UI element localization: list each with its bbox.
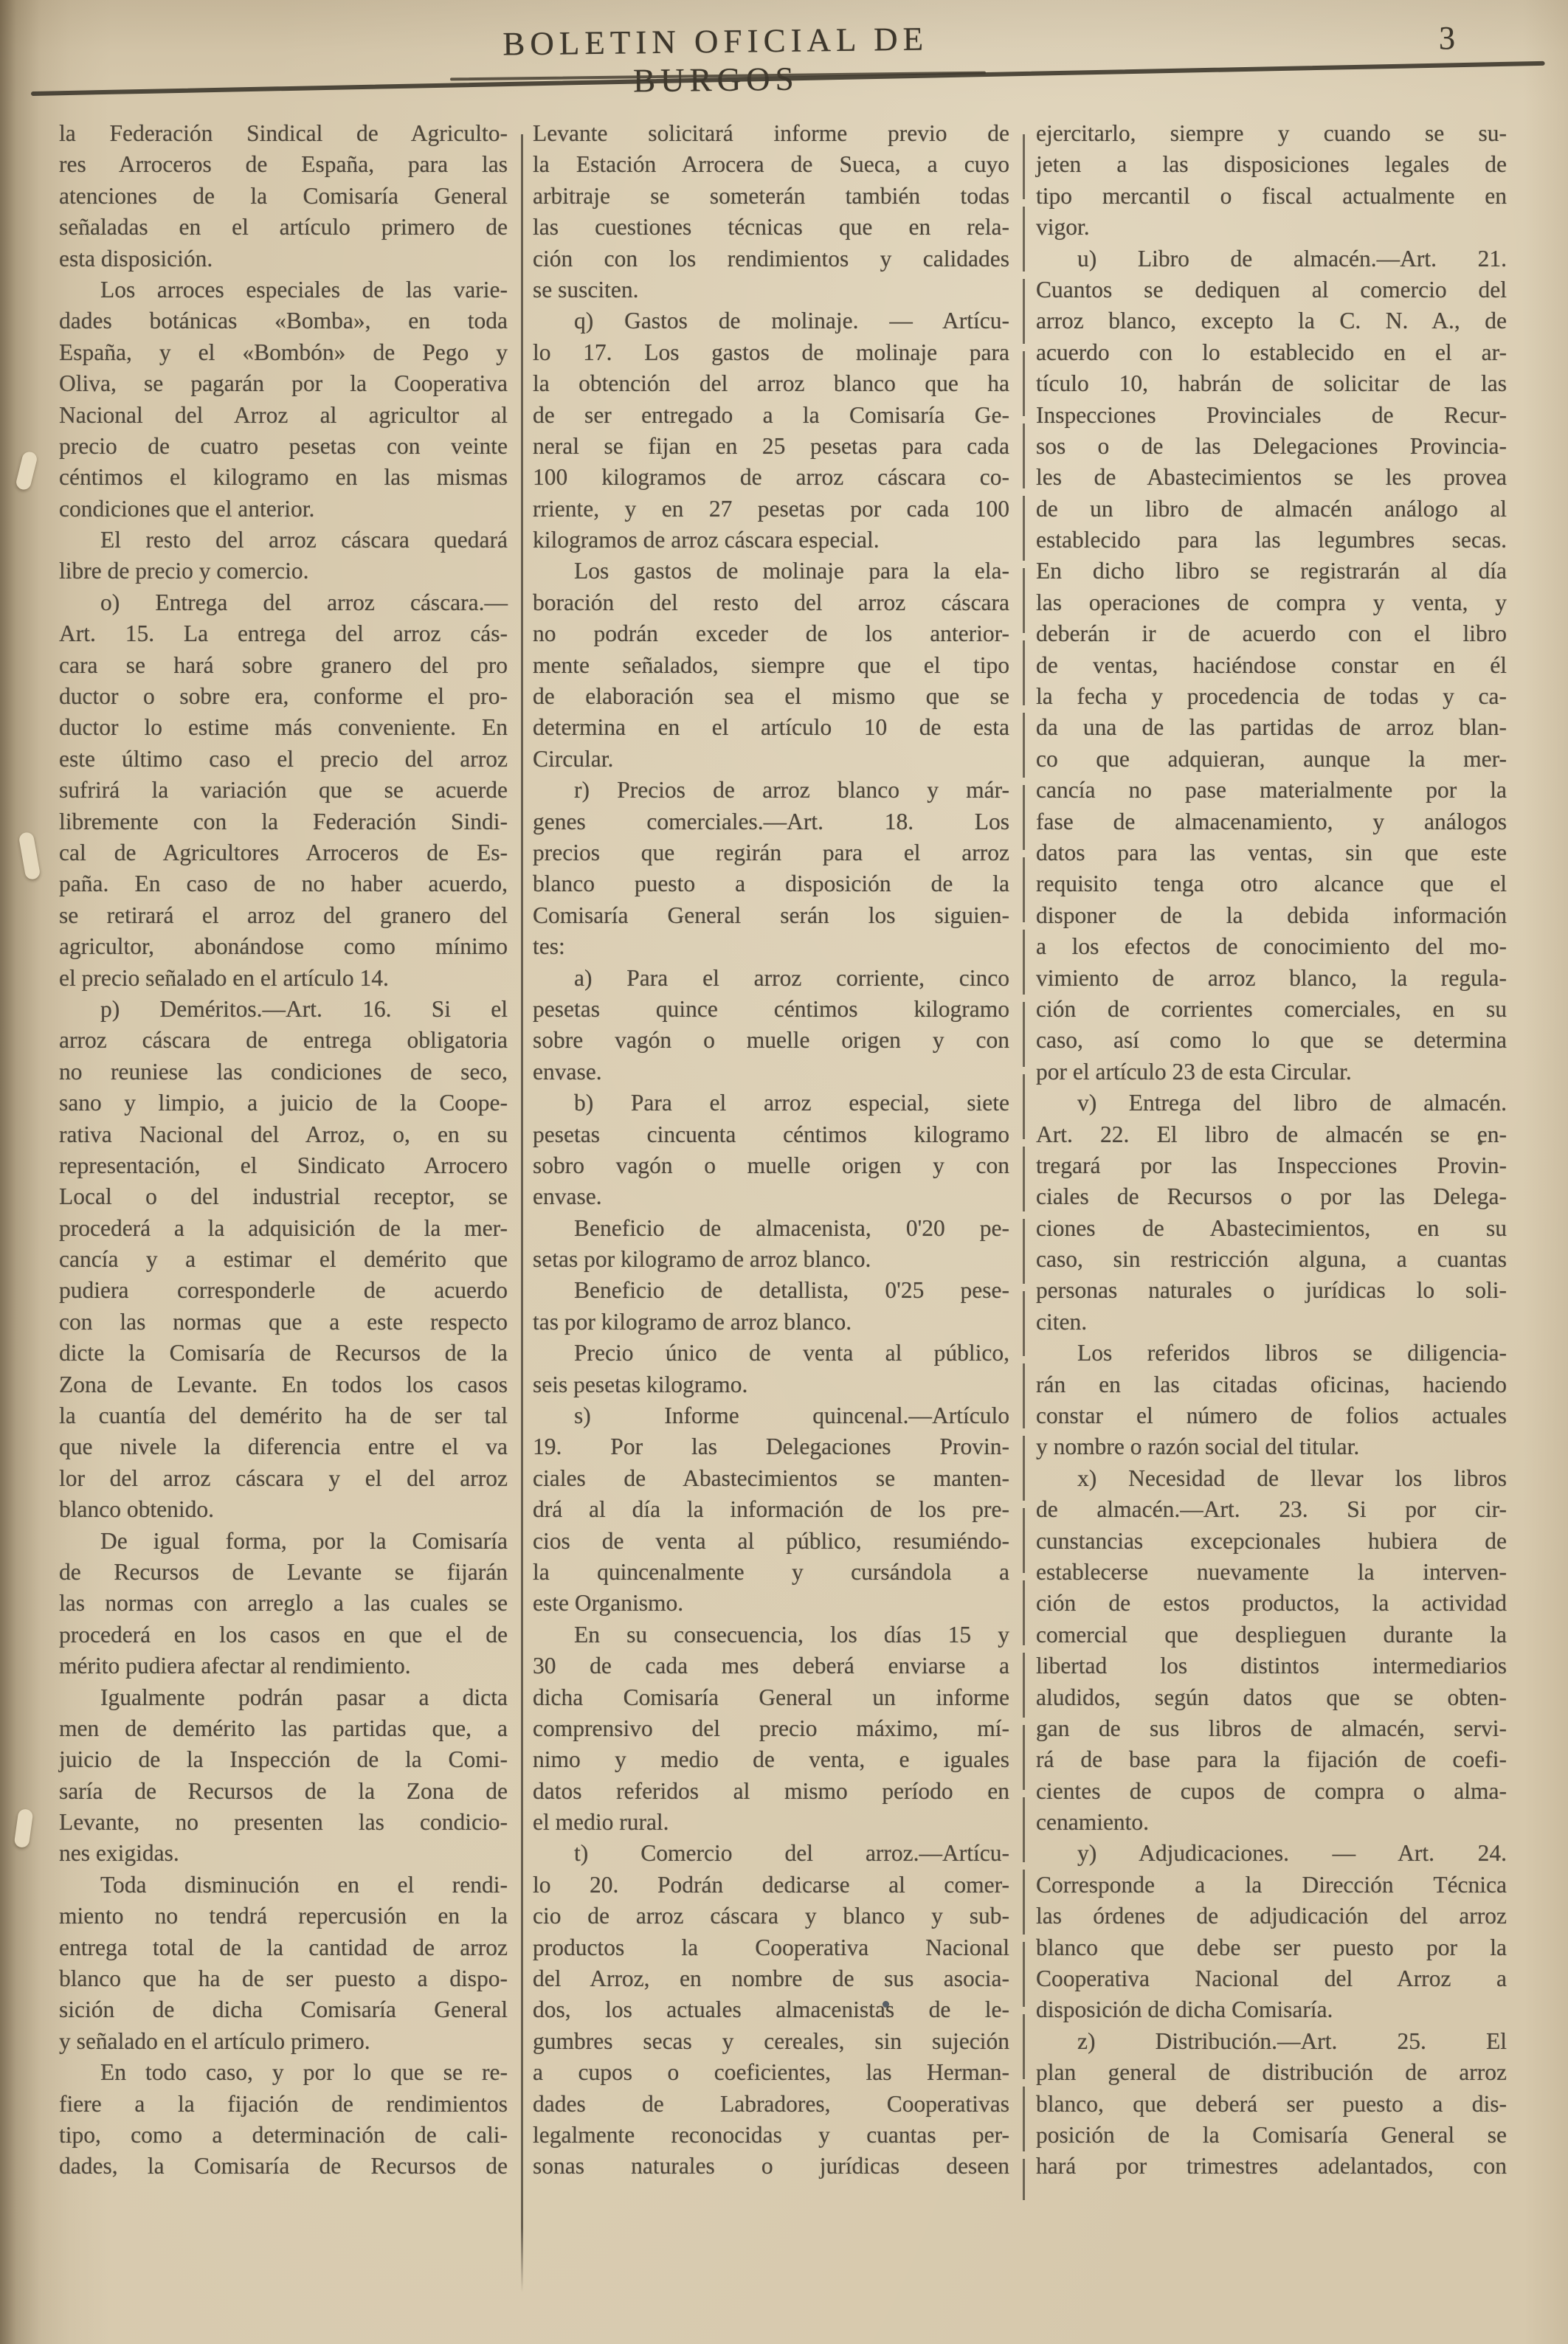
text-line: el medio rural.	[533, 1807, 1009, 1838]
text-line: z) Distribución.—Art. 25. El	[1036, 2026, 1507, 2057]
text-line: a) Para el arroz corriente, cinco	[533, 963, 1009, 994]
text-line: comercial que desplieguen durante la	[1036, 1619, 1507, 1650]
text-line: Los gastos de molinaje para la ela-	[533, 556, 1009, 587]
text-line: saría de Recursos de la Zona de	[59, 1776, 508, 1807]
text-line: blanco puesto a disposición de la	[533, 868, 1009, 899]
text-line: establecerse nuevamente la interven-	[1036, 1557, 1507, 1588]
text-line: Inspecciones Provinciales de Recur-	[1036, 400, 1507, 431]
text-line: dicte la Comisaría de Recursos de la	[59, 1338, 508, 1369]
text-line: lor del arroz cáscara y el del arroz	[59, 1463, 508, 1494]
text-line: caso, sin restricción alguna, a cuantas	[1036, 1244, 1507, 1275]
text-line: tipo mercantil o fiscal actualmente en	[1036, 181, 1507, 212]
text-line: a cupos o coeficientes, las Herman-	[533, 2057, 1009, 2088]
text-line: juicio de la Inspección de la Comi-	[59, 1744, 508, 1775]
text-line: personas naturales o jurídicas lo soli-	[1036, 1275, 1507, 1306]
text-line: este último caso el precio del arroz	[59, 744, 508, 775]
text-line: envase.	[533, 1057, 1009, 1088]
text-line: tipo, como a determinación de cali-	[59, 2120, 508, 2151]
text-line: sobre vagón o muelle origen y con	[533, 1025, 1009, 1056]
text-line: Local o del industrial receptor, se	[59, 1181, 508, 1212]
binding-thread	[13, 1808, 33, 1848]
text-line: cancía no pase materialmente por la	[1036, 775, 1507, 806]
page-title: BOLETIN OFICIAL DE BURGOS	[442, 18, 989, 102]
text-line: de almacén.—Art. 23. Si por cir-	[1036, 1494, 1507, 1525]
text-line: procederá a la adquisición de la mer-	[59, 1213, 508, 1244]
text-line: rativa Nacional del Arroz, o, en su	[59, 1119, 508, 1150]
text-line: tregará por las Inspecciones Provin-	[1036, 1150, 1507, 1181]
text-line: nes exigidas.	[59, 1838, 508, 1869]
text-line: cal de Agricultores Arroceros de Es-	[59, 837, 508, 868]
text-line: caso, así como lo que se determina	[1036, 1025, 1507, 1056]
text-line: Zona de Levante. En todos los casos	[59, 1369, 508, 1400]
text-line: Igualmente podrán pasar a dicta	[59, 1682, 508, 1713]
text-line: sición de dicha Comisaría General	[59, 1994, 508, 2025]
text-line: legalmente reconocidas y cuantas per-	[533, 2120, 1009, 2151]
text-line: posición de la Comisaría General se	[1036, 2120, 1507, 2151]
text-line: da una de las partidas de arroz blan-	[1036, 712, 1507, 743]
text-line: t) Comercio del arroz.—Artícu-	[533, 1838, 1009, 1869]
column-divider-left	[521, 134, 523, 2292]
text-line: del Arroz, en nombre de sus asocia-	[533, 1963, 1009, 1994]
text-line: las operaciones de compra y venta, y	[1036, 587, 1507, 618]
text-line: Los arroces especiales de las varie-	[59, 274, 508, 305]
text-line: representación, el Sindicato Arrocero	[59, 1150, 508, 1181]
text-line: no podrán exceder de los anterior-	[533, 618, 1009, 649]
text-line: x) Necesidad de llevar los libros	[1036, 1463, 1507, 1494]
text-line: señaladas en el artículo primero de	[59, 212, 508, 243]
text-line: nimo y medio de venta, e iguales	[533, 1744, 1009, 1775]
text-line: sobro vagón o muelle origen y con	[533, 1150, 1009, 1181]
text-line: las cuestiones técnicas que en rela-	[533, 212, 1009, 243]
text-line: se susciten.	[533, 274, 1009, 305]
text-line: Levante, no presenten las condicio-	[59, 1807, 508, 1838]
text-line: España, y el «Bombón» de Pego y	[59, 337, 508, 368]
text-line: cientes de cupos de compra o alma-	[1036, 1776, 1507, 1807]
text-line: por el artículo 23 de esta Circular.	[1036, 1057, 1507, 1088]
text-line: ciones de Abastecimientos, en su	[1036, 1213, 1507, 1244]
text-line: Cooperativa Nacional del Arroz a	[1036, 1963, 1507, 1994]
text-line: ductor o sobre era, conforme el pro-	[59, 681, 508, 712]
text-line: establecido para las legumbres secas.	[1036, 525, 1507, 556]
text-line: rán en las citadas oficinas, haciendo	[1036, 1369, 1507, 1400]
text-line: datos referidos al mismo período en	[533, 1776, 1009, 1807]
text-line: tículo 10, habrán de solicitar de las	[1036, 368, 1507, 399]
text-line: Beneficio de almacenista, 0'20 pe-	[533, 1213, 1009, 1244]
text-line: Circular.	[533, 744, 1009, 775]
text-line: citen.	[1036, 1307, 1507, 1338]
text-line: esta disposición.	[59, 243, 508, 274]
text-line: ciales de Recursos o por las Delega-	[1036, 1181, 1507, 1212]
text-line: hará por trimestres adelantados, con	[1036, 2151, 1507, 2182]
text-line: En dicho libro se registrarán al día	[1036, 556, 1507, 587]
text-line: dos, los actuales almacenistas de le-	[533, 1994, 1009, 2025]
text-line: sufrirá la variación que se acuerde	[59, 775, 508, 806]
text-line: cancía y a estimar el demérito que	[59, 1244, 508, 1275]
text-line: agricultor, abonándose como mínimo	[59, 931, 508, 962]
text-line: libremente con la Federación Sindi-	[59, 806, 508, 837]
text-line: blanco obtenido.	[59, 1494, 508, 1525]
text-line: aludidos, según datos que se obten-	[1036, 1682, 1507, 1713]
text-line: disposición de dicha Comisaría.	[1036, 1994, 1507, 2025]
column-divider-right	[1023, 134, 1025, 2200]
binding-thread	[15, 450, 38, 491]
text-line: comprensivo del precio máximo, mí-	[533, 1713, 1009, 1744]
text-line: gumbres secas y cereales, sin sujeción	[533, 2026, 1009, 2057]
text-line: mente señalados, siempre que el tipo	[533, 650, 1009, 681]
text-line: requisito tenga otro alcance que el	[1036, 868, 1507, 899]
text-line: cunstancias excepcionales hubiera de	[1036, 1526, 1507, 1557]
text-line: que nivele la diferencia entre el va	[59, 1431, 508, 1462]
text-line: de ventas, haciéndose constar en él	[1036, 650, 1507, 681]
text-line: la obtención del arroz blanco que ha	[533, 368, 1009, 399]
text-line: Art. 22. El libro de almacén se en-	[1036, 1119, 1507, 1150]
text-line: libre de precio y comercio.	[59, 556, 508, 587]
text-line: dades, la Comisaría de Recursos de	[59, 2151, 508, 2182]
text-line: Los referidos libros se diligencia-	[1036, 1338, 1507, 1369]
text-line: jeten a las disposiciones legales de	[1036, 149, 1507, 180]
text-line: a los efectos de conocimiento del mo-	[1036, 931, 1507, 962]
text-line: procederá en los casos en que el de	[59, 1619, 508, 1650]
text-line: vigor.	[1036, 212, 1507, 243]
text-line: rriente, y en 27 pesetas por cada 100	[533, 494, 1009, 525]
text-line: dades de Labradores, Cooperativas	[533, 2089, 1009, 2120]
text-line: genes comerciales.—Art. 18. Los	[533, 806, 1009, 837]
text-line: productos la Cooperativa Nacional	[533, 1932, 1009, 1963]
text-column-1: la Federación Sindical de Agriculto-res …	[59, 118, 508, 2182]
text-line: atenciones de la Comisaría General	[59, 181, 508, 212]
text-line: precios que regirán para el arroz	[533, 837, 1009, 868]
text-line: determina en el artículo 10 de esta	[533, 712, 1009, 743]
text-line: neral se fijan en 25 pesetas para cada	[533, 431, 1009, 462]
text-line: blanco que debe ser puesto por la	[1036, 1932, 1507, 1963]
text-line: acuerdo con lo establecido en el ar-	[1036, 337, 1507, 368]
text-line: rá de base para la fijación de coefi-	[1036, 1744, 1507, 1775]
text-line: dades botánicas «Bomba», en toda	[59, 305, 508, 336]
text-line: constar el número de folios actuales	[1036, 1400, 1507, 1431]
text-line: ción con los rendimientos y calidades	[533, 243, 1009, 274]
ink-speck	[883, 2001, 889, 2008]
text-line: cenamiento.	[1036, 1807, 1507, 1838]
text-line: o) Entrega del arroz cáscara.—	[59, 587, 508, 618]
text-line: el precio señalado en el artículo 14.	[59, 963, 508, 994]
text-line: miento no tendrá repercusión en la	[59, 1901, 508, 1932]
text-line: y) Adjudicaciones. — Art. 24.	[1036, 1838, 1507, 1869]
ink-speck	[1478, 1141, 1482, 1145]
text-line: la Estación Arrocera de Sueca, a cuyo	[533, 149, 1009, 180]
text-line: Nacional del Arroz al agricultor al	[59, 400, 508, 431]
text-line: p) Deméritos.—Art. 16. Si el	[59, 994, 508, 1025]
text-line: men de demérito las partidas que, a	[59, 1713, 508, 1744]
text-line: sonas naturales o jurídicas deseen	[533, 2151, 1009, 2182]
binding-thread	[18, 832, 41, 881]
text-line: con las normas que a este respecto	[59, 1307, 508, 1338]
text-line: blanco, que deberá ser puesto a dis-	[1036, 2089, 1507, 2120]
text-line: ejercitarlo, siempre y cuando se su-	[1036, 118, 1507, 149]
text-line: Art. 15. La entrega del arroz cás-	[59, 618, 508, 649]
text-line: Beneficio de detallista, 0'25 pese-	[533, 1275, 1009, 1306]
text-line: u) Libro de almacén.—Art. 21.	[1036, 243, 1507, 274]
text-line: de Recursos de Levante se fijarán	[59, 1557, 508, 1588]
text-line: ción de corrientes comerciales, en su	[1036, 994, 1507, 1025]
text-line: sos o de las Delegaciones Provincia-	[1036, 431, 1507, 462]
text-line: Comisaría General serán los siguien-	[533, 900, 1009, 931]
text-line: b) Para el arroz especial, siete	[533, 1088, 1009, 1119]
text-line: setas por kilogramo de arroz blanco.	[533, 1244, 1009, 1275]
text-line: v) Entrega del libro de almacén.	[1036, 1088, 1507, 1119]
text-line: seis pesetas kilogramo.	[533, 1369, 1009, 1400]
text-line: co que adquieran, aunque la mer-	[1036, 744, 1507, 775]
page-number: 3	[1439, 19, 1455, 57]
text-line: arroz blanco, excepto la C. N. A., de	[1036, 305, 1507, 336]
text-line: se retirará el arroz del granero del	[59, 900, 508, 931]
text-line: arbitraje se someterán también todas	[533, 181, 1009, 212]
text-line: de un libro de almacén análogo al	[1036, 494, 1507, 525]
text-line: plan general de distribución de arroz	[1036, 2057, 1507, 2088]
text-line: la cuantía del demérito ha de ser tal	[59, 1400, 508, 1431]
text-column-3: ejercitarlo, siempre y cuando se su-jete…	[1036, 118, 1507, 2182]
text-line: las órdenes de adjudicación del arroz	[1036, 1901, 1507, 1932]
text-line: cara se hará sobre granero del pro	[59, 650, 508, 681]
text-line: ción de estos productos, la actividad	[1036, 1588, 1507, 1619]
text-line: condiciones que el anterior.	[59, 494, 508, 525]
text-line: boración del resto del arroz cáscara	[533, 587, 1009, 618]
text-line: pudiera corresponderle de acuerdo	[59, 1275, 508, 1306]
text-line: tes:	[533, 931, 1009, 962]
text-line: Levante solicitará informe previo de	[533, 118, 1009, 149]
text-line: la fecha y procedencia de todas y ca-	[1036, 681, 1507, 712]
text-line: céntimos el kilogramo en las mismas	[59, 462, 508, 493]
text-line: pesetas cincuenta céntimos kilogramo	[533, 1119, 1009, 1150]
text-line: s) Informe quincenal.—Artículo	[533, 1400, 1009, 1431]
text-line: y señalado en el artículo primero.	[59, 2026, 508, 2057]
text-line: envase.	[533, 1181, 1009, 1212]
text-line: En su consecuencia, los días 15 y	[533, 1619, 1009, 1650]
text-line: deberán ir de acuerdo con el libro	[1036, 618, 1507, 649]
text-line: disponer de la debida información	[1036, 900, 1507, 931]
text-line: las normas con arreglo a las cuales se	[59, 1588, 508, 1619]
text-line: este Organismo.	[533, 1588, 1009, 1619]
text-line: kilogramos de arroz cáscara especial.	[533, 525, 1009, 556]
text-line: Precio único de venta al público,	[533, 1338, 1009, 1369]
text-line: 19. Por las Delegaciones Provin-	[533, 1431, 1009, 1462]
text-line: 30 de cada mes deberá enviarse a	[533, 1650, 1009, 1681]
text-line: fase de almacenamiento, y análogos	[1036, 806, 1507, 837]
text-line: res Arroceros de España, para las	[59, 149, 508, 180]
text-line: El resto del arroz cáscara quedará	[59, 525, 508, 556]
text-line: De igual forma, por la Comisaría	[59, 1526, 508, 1557]
text-line: entrega total de la cantidad de arroz	[59, 1932, 508, 1963]
text-line: pesetas quince céntimos kilogramo	[533, 994, 1009, 1025]
text-line: r) Precios de arroz blanco y már-	[533, 775, 1009, 806]
text-line: la Federación Sindical de Agriculto-	[59, 118, 508, 149]
text-line: datos para las ventas, sin que este	[1036, 837, 1507, 868]
text-line: fiere a la fijación de rendimientos	[59, 2089, 508, 2120]
text-line: En todo caso, y por lo que se re-	[59, 2057, 508, 2088]
text-column-2: Levante solicitará informe previo dela E…	[533, 118, 1009, 2182]
text-line: tas por kilogramo de arroz blanco.	[533, 1307, 1009, 1338]
text-line: no reuniese las condiciones de seco,	[59, 1057, 508, 1088]
text-line: drá al día la información de los pre-	[533, 1494, 1009, 1525]
text-line: dicha Comisaría General un informe	[533, 1682, 1009, 1713]
text-line: paña. En caso de no haber acuerdo,	[59, 868, 508, 899]
text-line: cios de venta al público, resumiéndo-	[533, 1526, 1009, 1557]
text-line: precio de cuatro pesetas con veinte	[59, 431, 508, 462]
text-line: lo 17. Los gastos de molinaje para	[533, 337, 1009, 368]
text-line: lo 20. Podrán dedicarse al comer-	[533, 1870, 1009, 1901]
text-line: q) Gastos de molinaje. — Artícu-	[533, 305, 1009, 336]
text-line: de elaboración sea el mismo que se	[533, 681, 1009, 712]
text-line: blanco que ha de ser puesto a dispo-	[59, 1963, 508, 1994]
text-line: Cuantos se dediquen al comercio del	[1036, 274, 1507, 305]
text-line: sano y limpio, a juicio de la Coope-	[59, 1088, 508, 1119]
text-line: ductor lo estime más conveniente. En	[59, 712, 508, 743]
text-line: 100 kilogramos de arroz cáscara co-	[533, 462, 1009, 493]
text-line: Toda disminución en el rendi-	[59, 1870, 508, 1901]
scanned-gazette-page: BOLETIN OFICIAL DE BURGOS 3 la Federació…	[0, 0, 1568, 2344]
text-line: vimiento de arroz blanco, la regula-	[1036, 963, 1507, 994]
text-line: libertad los distintos intermediarios	[1036, 1650, 1507, 1681]
text-line: la quincenalmente y cursándola a	[533, 1557, 1009, 1588]
text-line: les de Abastecimientos se les provea	[1036, 462, 1507, 493]
text-line: Corresponde a la Dirección Técnica	[1036, 1870, 1507, 1901]
text-line: mérito pudiera afectar al rendimiento.	[59, 1650, 508, 1681]
text-line: gan de sus libros de almacén, servi-	[1036, 1713, 1507, 1744]
text-line: arroz cáscara de entrega obligatoria	[59, 1025, 508, 1056]
text-line: ciales de Abastecimientos se manten-	[533, 1463, 1009, 1494]
text-line: y nombre o razón social del titular.	[1036, 1431, 1507, 1462]
text-line: Oliva, se pagarán por la Cooperativa	[59, 368, 508, 399]
text-line: de ser entregado a la Comisaría Ge-	[533, 400, 1009, 431]
text-line: cio de arroz cáscara y blanco y sub-	[533, 1901, 1009, 1932]
